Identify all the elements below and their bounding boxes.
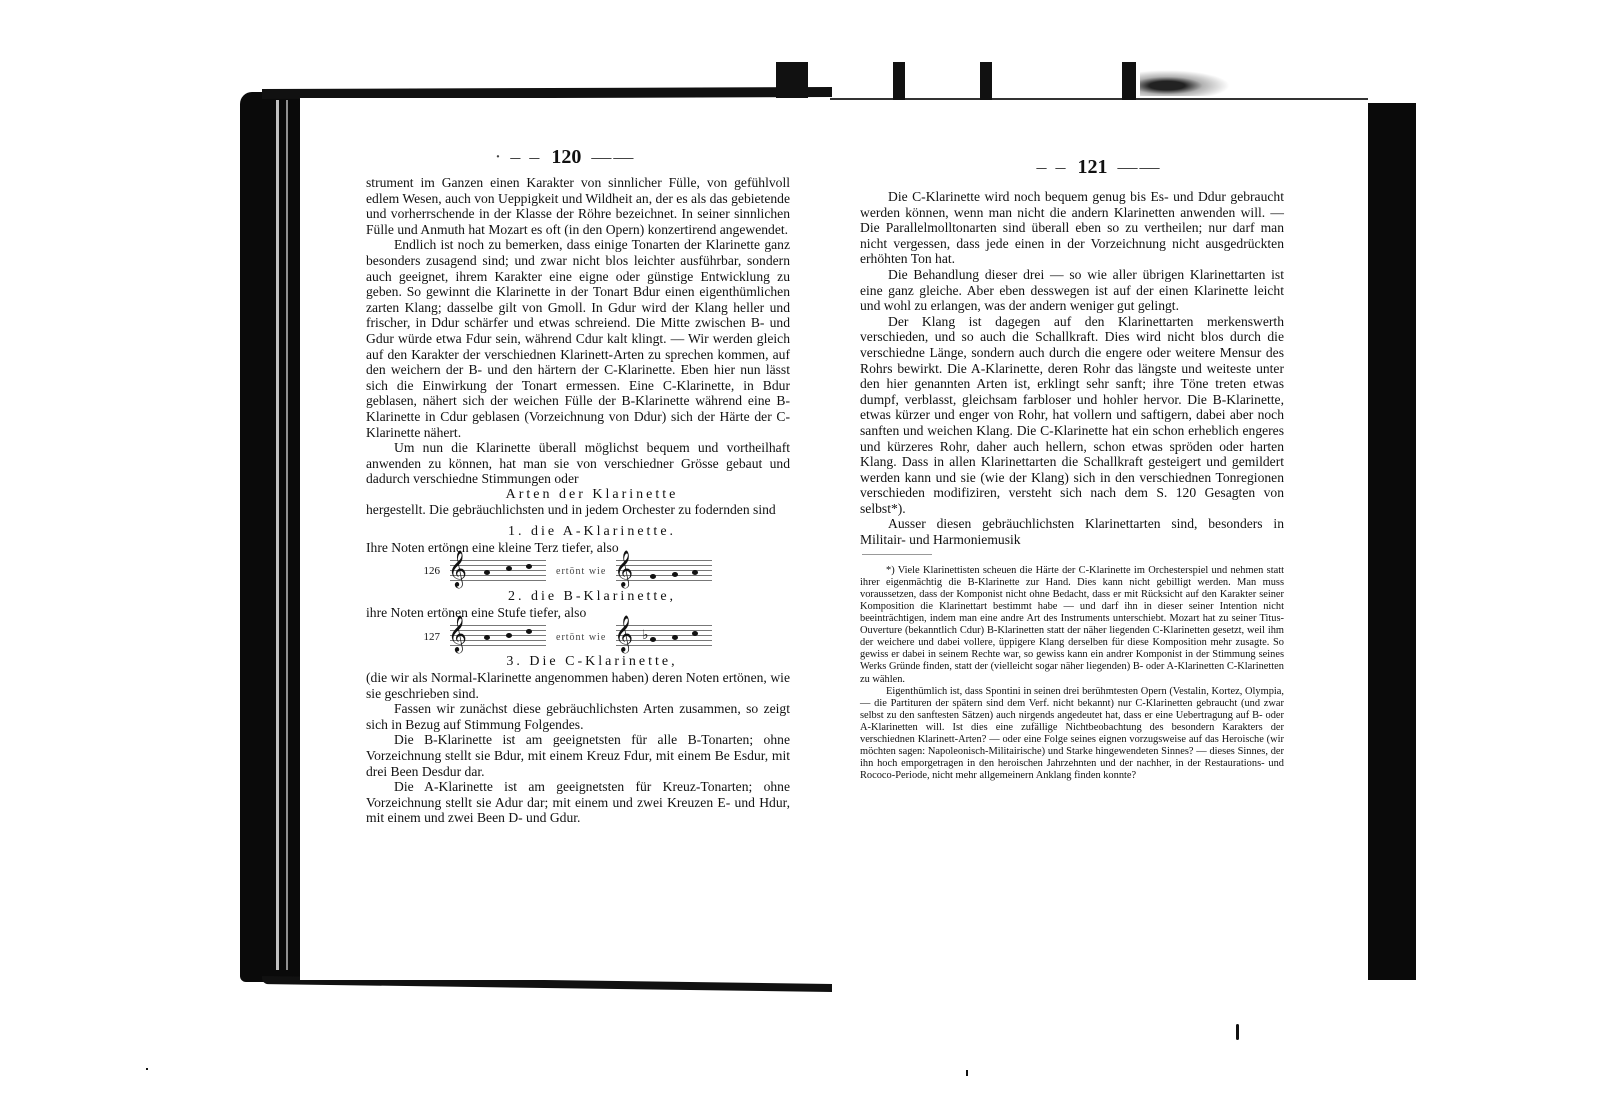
footnotes: *) Viele Klarinettisten scheuen die Härt…: [860, 565, 1284, 783]
paragraph: hergestellt. Die gebräuchlichsten und in…: [366, 502, 790, 518]
music-staff-written: 𝄞: [450, 625, 546, 649]
page-number-text: 121: [1078, 156, 1108, 178]
item-heading-a-klarinette: 1. die A-Klarinette.: [366, 524, 790, 540]
book-binding-stripe: [286, 100, 288, 970]
book-binding-stripe: [276, 100, 279, 970]
book-cover-left-edge: [240, 92, 302, 982]
footnote: *) Viele Klarinettisten scheuen die Härt…: [860, 565, 1284, 686]
paragraph: Der Klang ist dagegen auf den Klarinetta…: [860, 314, 1284, 517]
page-tab-marker: [893, 62, 905, 102]
ertont-label: ertönt wie: [556, 630, 606, 646]
item-description: Ihre Noten ertönen eine kleine Terz tief…: [366, 540, 790, 556]
note-icon: [692, 570, 698, 575]
scan-speck: [966, 1070, 968, 1076]
left-page-body: strument im Ganzen einen Karakter von si…: [366, 175, 790, 826]
example-number: 126: [418, 564, 440, 580]
page-number-left: · – – 120 ——: [300, 146, 830, 169]
music-example-126: 126 𝄞 ertönt wie 𝄞: [418, 555, 790, 589]
note-icon: [484, 635, 490, 640]
note-icon: [526, 629, 532, 634]
right-page-body: Die C-Klarinette wird noch bequem genug …: [860, 189, 1284, 548]
page-left: · – – 120 —— strument im Ganzen einen Ka…: [300, 98, 830, 980]
item-heading-c-klarinette: 3. Die C-Klarinette,: [366, 654, 790, 670]
page-number-text: 120: [551, 146, 581, 168]
book-cover-right-edge: [1368, 103, 1416, 980]
flat-sign-icon: ♭: [642, 627, 648, 643]
scan-speck: [146, 1068, 148, 1070]
paragraph: Endlich ist noch zu bemerken, dass einig…: [366, 237, 790, 440]
scan-smudge: [1140, 70, 1230, 96]
note-icon: [650, 574, 656, 579]
paragraph: Die Behandlung dieser drei — so wie alle…: [860, 267, 1284, 314]
note-icon: [672, 635, 678, 640]
item-heading-b-klarinette: 2. die B-Klarinette,: [366, 589, 790, 605]
scan-speck: [1236, 1024, 1239, 1040]
music-example-127: 127 𝄞 ertönt wie 𝄞 ♭: [418, 620, 790, 654]
page-tab-marker: [1122, 62, 1136, 102]
paragraph: strument im Ganzen einen Karakter von si…: [366, 175, 790, 237]
note-icon: [650, 637, 656, 642]
note-icon: [506, 633, 512, 638]
paragraph: Die B-Klarinette ist am geeignetsten für…: [366, 732, 790, 779]
paragraph: Um nun die Klarinette überall möglichst …: [366, 440, 790, 487]
note-icon: [692, 631, 698, 636]
treble-clef-icon: 𝄞: [614, 552, 633, 584]
treble-clef-icon: 𝄞: [448, 617, 467, 649]
page-number-right: – – 121 ——: [830, 156, 1368, 179]
item-description: (die wir als Normal-Klarinette angenomme…: [366, 670, 790, 701]
footnote-rule: [862, 554, 932, 555]
music-staff-sounding: 𝄞 ♭: [616, 625, 712, 649]
note-icon: [672, 572, 678, 577]
music-staff-written: 𝄞: [450, 560, 546, 584]
note-icon: [526, 564, 532, 569]
page-right: – – 121 —— Die C-Klarinette wird noch be…: [830, 100, 1368, 980]
treble-clef-icon: 𝄞: [614, 617, 633, 649]
paragraph: Die A-Klarinette ist am geeignetsten für…: [366, 779, 790, 826]
paragraph: Ausser diesen gebräuchlichsten Klarinett…: [860, 516, 1284, 547]
example-number: 127: [418, 630, 440, 646]
section-heading: Arten der Klarinette: [366, 487, 790, 503]
page-tab-marker: [980, 62, 992, 102]
footnote: Eigenthümlich ist, dass Spontini in sein…: [860, 686, 1284, 783]
page-tab-marker: [776, 62, 808, 102]
item-description: ihre Noten ertönen eine Stufe tiefer, al…: [366, 605, 790, 621]
treble-clef-icon: 𝄞: [448, 552, 467, 584]
paragraph: Die C-Klarinette wird noch bequem genug …: [860, 189, 1284, 267]
note-icon: [484, 570, 490, 575]
paragraph: Fassen wir zunächst diese gebräuchlichst…: [366, 701, 790, 732]
note-icon: [506, 566, 512, 571]
music-staff-sounding: 𝄞: [616, 560, 712, 584]
ertont-label: ertönt wie: [556, 564, 606, 580]
